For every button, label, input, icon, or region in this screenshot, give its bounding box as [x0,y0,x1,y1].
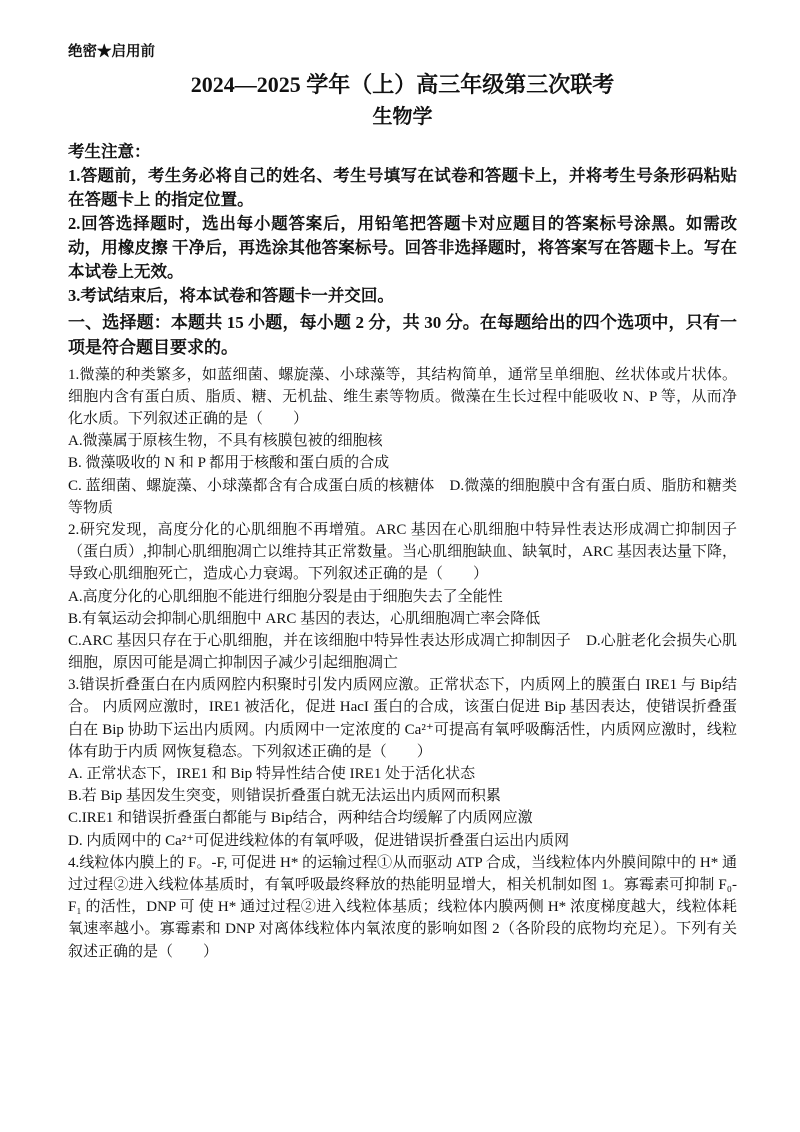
question-3-option-d: D. 内质网中的 Ca²⁺可促进线粒体的有氧呼吸，促进错误折叠蛋白运出内质网 [68,830,737,852]
notice-item-2: 2.回答选择题时，选出每小题答案后，用铅笔把答题卡对应题目的答案标号涂黑。如需改… [68,212,737,284]
question-2-options-c-d: C.ARC 基因只存在于心肌细胞，并在该细胞中特异性表达形成凋亡抑制因子 D.心… [68,630,737,674]
question-2: 2.研究发现，高度分化的心肌细胞不再增殖。ARC 基因在心肌细胞中特异性表达形成… [68,519,737,674]
question-1-option-b: B. 微藻吸收的 N 和 P 都用于核酸和蛋白质的合成 [68,452,737,474]
notice-item-1: 1.答题前，考生务必将自己的姓名、考生号填写在试卷和答题卡上，并将考生号条形码粘… [68,164,737,212]
question-3-option-c: C.IRE1 和错误折叠蛋白都能与 Bip结合，两种结合均缓解了内质网应激 [68,807,737,829]
section-one-header: 一、选择题：本题共 15 小题，每小题 2 分，共 30 分。在每题给出的四个选… [68,311,737,360]
classification-label: 绝密★启用前 [68,44,737,61]
notice-item-3: 3.考试结束后，将本试卷和答题卡一并交回。 [68,284,737,308]
question-2-stem: 2.研究发现，高度分化的心肌细胞不再增殖。ARC 基因在心肌细胞中特异性表达形成… [68,519,737,586]
exam-title: 2024—2025 学年（上）高三年级第三次联考 [68,71,737,100]
candidate-notice-section: 考生注意： 1.答题前，考生务必将自己的姓名、考生号填写在试卷和答题卡上，并将考… [68,140,737,308]
question-3-stem: 3.错误折叠蛋白在内质网腔内积聚时引发内质网应激。正常状态下，内质网上的膜蛋白 … [68,674,737,763]
question-2-option-b: B.有氧运动会抑制心肌细胞中 ARC 基因的表达，心肌细胞凋亡率会降低 [68,608,737,630]
question-4-stem: 4.线粒体内膜上的 F。-F, 可促进 H* 的运输过程①从而驱动 ATP 合成… [68,852,737,963]
question-1: 1.微藻的种类繁多，如蓝细菌、螺旋藻、小球藻等，其结构简单，通常呈单细胞、丝状体… [68,364,737,519]
question-1-option-a: A.微藻属于原核生物，不具有核膜包被的细胞核 [68,430,737,452]
notice-heading: 考生注意： [68,140,737,164]
question-3-option-b: B.若 Bip 基因发生突变，则错误折叠蛋白就无法运出内质网而积累 [68,785,737,807]
exam-subject-title: 生物学 [68,104,737,130]
exam-paper-page: 绝密★启用前 2024—2025 学年（上）高三年级第三次联考 生物学 考生注意… [0,0,800,1132]
question-3-option-a: A. 正常状态下，IRE1 和 Bip 特异性结合使 IRE1 处于活化状态 [68,763,737,785]
question-1-stem: 1.微藻的种类繁多，如蓝细菌、螺旋藻、小球藻等，其结构简单，通常呈单细胞、丝状体… [68,364,737,431]
question-2-option-a: A.高度分化的心肌细胞不能进行细胞分裂是由于细胞失去了全能性 [68,586,737,608]
question-3: 3.错误折叠蛋白在内质网腔内积聚时引发内质网应激。正常状态下，内质网上的膜蛋白 … [68,674,737,852]
question-1-options-c-d: C. 蓝细菌、螺旋藻、小球藻都含有合成蛋白质的核糖体 D.微藻的细胞膜中含有蛋白… [68,475,737,519]
question-4: 4.线粒体内膜上的 F。-F, 可促进 H* 的运输过程①从而驱动 ATP 合成… [68,852,737,963]
